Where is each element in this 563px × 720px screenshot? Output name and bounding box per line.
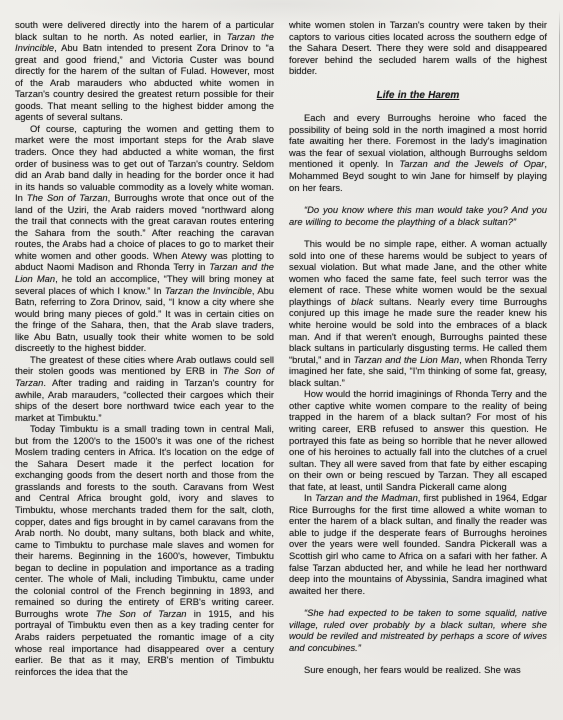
paragraph: How would the horrid imaginings of Rhond… bbox=[289, 388, 547, 492]
paragraph: Of course, capturing the women and getti… bbox=[15, 123, 274, 354]
text-run: “Do you know where this man would take y… bbox=[289, 204, 547, 227]
block-quote: “Do you know where this man would take y… bbox=[289, 204, 547, 227]
paragraph: In Tarzan and the Madman, first publishe… bbox=[289, 492, 547, 596]
text-run: white women stolen in Tarzan's country w… bbox=[289, 19, 547, 76]
italic-book-title: The Son of Tarzan bbox=[27, 192, 108, 203]
paragraph: The greatest of these cities where Arab … bbox=[15, 354, 274, 423]
column-right: white women stolen in Tarzan's country w… bbox=[289, 19, 547, 676]
text-run: , Abu Batn intended to present Zora Drin… bbox=[15, 42, 274, 122]
text-run: How would the horrid imaginings of Rhond… bbox=[289, 388, 547, 491]
text-run: Of course, capturing the women and getti… bbox=[15, 123, 274, 203]
paragraph: This would be no simple rape, either. A … bbox=[289, 238, 547, 388]
text-run: Life in the Harem bbox=[377, 90, 460, 101]
scan-edge-line bbox=[559, 10, 560, 660]
italic-book-title: Tarzan and the Lion Man bbox=[354, 354, 459, 365]
text-run: , first published in 1964, Edgar Rice Bu… bbox=[289, 492, 547, 595]
text-run: , Burroughs wrote that once out of the l… bbox=[15, 192, 274, 272]
section-heading: Life in the Harem bbox=[289, 90, 547, 102]
text-run: “She had expected to be taken to some sq… bbox=[289, 607, 547, 653]
paragraph: white women stolen in Tarzan's country w… bbox=[289, 19, 547, 77]
italic-book-title: black bbox=[351, 296, 373, 307]
paragraph: south were delivered directly into the h… bbox=[15, 19, 274, 123]
text-run: In bbox=[304, 492, 315, 503]
text-run: Sure enough, her fears would be realized… bbox=[304, 664, 521, 675]
italic-book-title: The Son of Tarzan bbox=[96, 608, 187, 619]
italic-book-title: Tarzan and the Madman bbox=[315, 492, 418, 503]
italic-book-title: Tarzan and the Jewels of Opar bbox=[399, 158, 544, 169]
italic-book-title: Tarzan the Invincible bbox=[165, 285, 252, 296]
block-quote: “She had expected to be taken to some sq… bbox=[289, 607, 547, 653]
paragraph: Each and every Burroughs heroine who fac… bbox=[289, 112, 547, 193]
paragraph: Sure enough, her fears would be realized… bbox=[289, 664, 547, 676]
paragraph: Today Timbuktu is a small trading town i… bbox=[15, 423, 274, 677]
text-run: . After trading and raiding in Tarzan's … bbox=[15, 377, 274, 423]
column-left: south were delivered directly into the h… bbox=[15, 19, 274, 677]
text-run: Today Timbuktu is a small trading town i… bbox=[15, 423, 274, 619]
